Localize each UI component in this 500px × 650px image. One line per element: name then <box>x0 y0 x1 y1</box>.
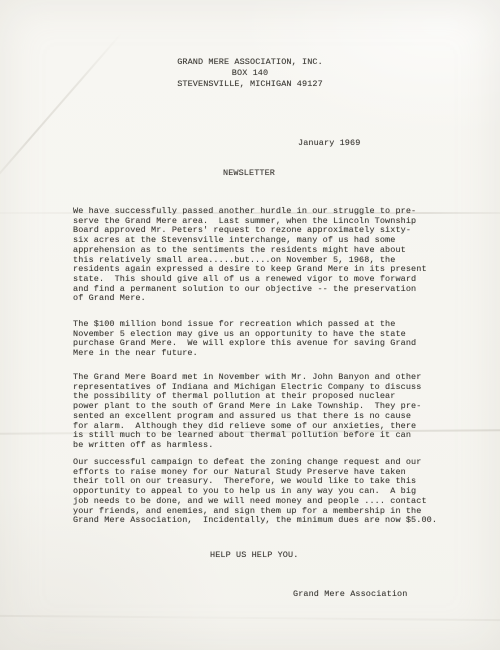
paragraph-rezoning-victory: We have successfully passed another hurd… <box>73 207 427 304</box>
letter-page: GRAND MERE ASSOCIATION, INC. BOX 140 STE… <box>0 0 500 650</box>
paragraph-bond-issue: The $100 million bond issue for recreati… <box>73 320 416 359</box>
paragraph-thermal-pollution: The Grand Mere Board met in November wit… <box>73 373 421 451</box>
paper-crease <box>0 615 500 621</box>
date-line: January 1969 <box>298 138 360 148</box>
letterhead: GRAND MERE ASSOCIATION, INC. BOX 140 STE… <box>0 57 500 89</box>
org-name: GRAND MERE ASSOCIATION, INC. <box>0 57 500 68</box>
org-box-line: BOX 140 <box>0 68 500 79</box>
paragraph-membership-appeal: Our successful campaign to defeat the zo… <box>73 458 437 526</box>
closing-slogan: HELP US HELP YOU. <box>210 550 298 560</box>
org-city-line: STEVENSVILLE, MICHIGAN 49127 <box>0 79 500 90</box>
signature: Grand Mere Association <box>293 589 407 599</box>
newsletter-title: NEWSLETTER <box>223 168 275 178</box>
